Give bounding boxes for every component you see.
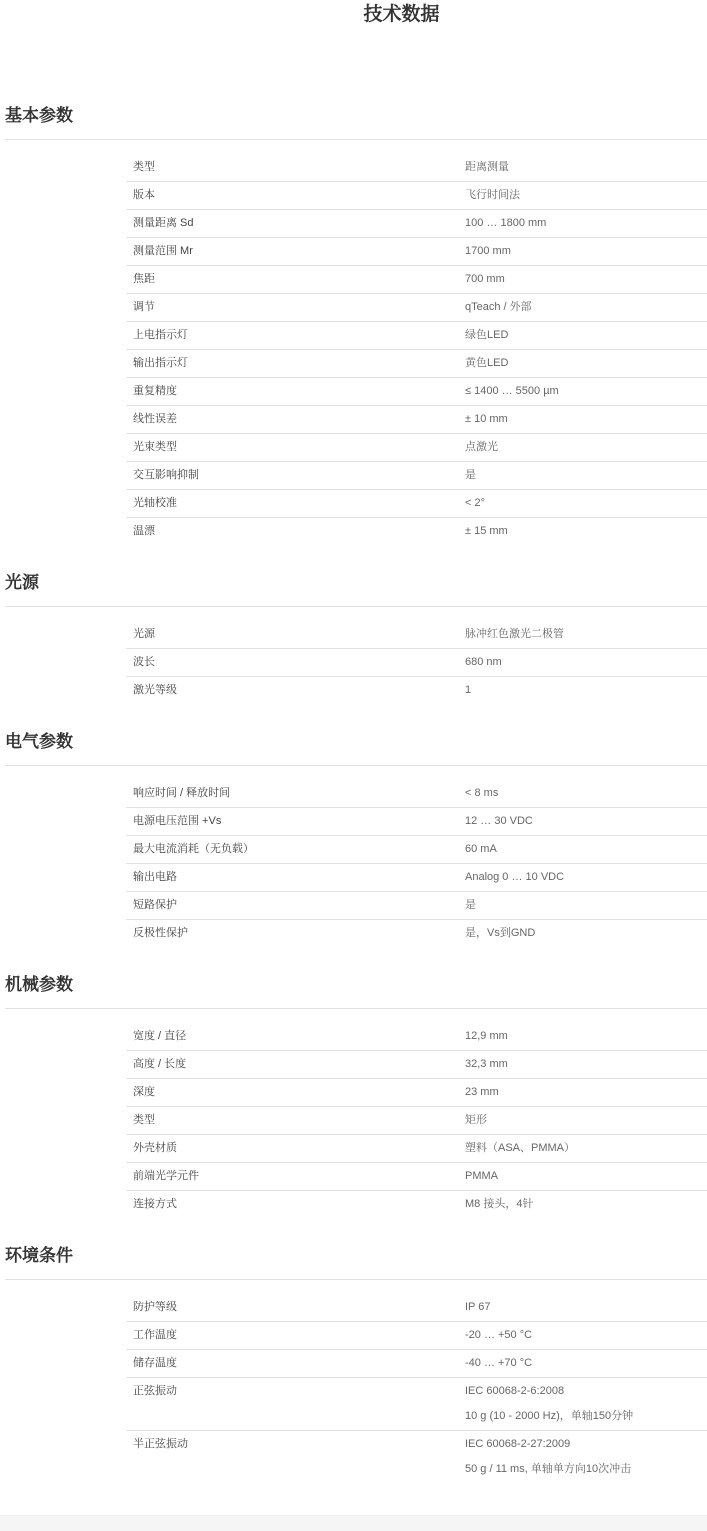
spec-value: 矩形 xyxy=(459,1107,707,1134)
spec-label: 高度 / 长度 xyxy=(126,1051,459,1078)
section-divider xyxy=(5,1008,707,1009)
section-divider xyxy=(5,606,707,607)
spec-label: 测量距离 Sd xyxy=(126,210,459,237)
spec-value-line: 10 g (10 - 2000 Hz)，单轴150分钟 xyxy=(465,1404,707,1429)
spec-row: 上电指示灯绿色LED xyxy=(126,322,707,350)
spec-value: 12,9 mm xyxy=(459,1023,707,1050)
spec-value-line: 50 g / 11 ms, 单轴单方向10次冲击 xyxy=(465,1457,707,1482)
spec-label: 激光等级 xyxy=(126,677,459,704)
spec-label: 类型 xyxy=(126,154,459,181)
spec-value: < 8 ms xyxy=(459,780,707,807)
spec-value: -20 … +50 °C xyxy=(459,1322,707,1349)
spec-label: 半正弦振动 xyxy=(126,1431,459,1483)
spec-value: 是 xyxy=(459,892,707,919)
spec-value: IP 67 xyxy=(459,1294,707,1321)
spec-row: 输出指示灯黄色LED xyxy=(126,350,707,378)
spec-row: 输出电路Analog 0 … 10 VDC xyxy=(126,864,707,892)
spec-row: 测量距离 Sd100 … 1800 mm xyxy=(126,210,707,238)
spec-table: 光源脉冲红色激光二极管 波长680 nm 激光等级1 xyxy=(126,621,707,704)
spec-value: ± 15 mm xyxy=(459,518,707,545)
section-divider xyxy=(5,1279,707,1280)
spec-row: 版本飞行时间法 xyxy=(126,182,707,210)
spec-row: 深度23 mm xyxy=(126,1079,707,1107)
spec-label: 光束类型 xyxy=(126,434,459,461)
spec-row: 测量范围 Mr1700 mm xyxy=(126,238,707,266)
spec-label: 连接方式 xyxy=(126,1191,459,1218)
spec-row: 焦距700 mm xyxy=(126,266,707,294)
spec-label: 类型 xyxy=(126,1107,459,1134)
spec-value: 1700 mm xyxy=(459,238,707,265)
spec-row: 连接方式M8 接头，4针 xyxy=(126,1191,707,1218)
section-title: 电气参数 xyxy=(0,730,707,754)
spec-label: 电源电压范围 +Vs xyxy=(126,808,459,835)
section-divider xyxy=(5,765,707,766)
spec-label: 反极性保护 xyxy=(126,920,459,947)
section-environmental-conditions: 环境条件 防护等级IP 67 工作温度-20 … +50 °C 储存温度-40 … xyxy=(0,1244,707,1483)
spec-value: 飞行时间法 xyxy=(459,182,707,209)
spec-label: 波长 xyxy=(126,649,459,676)
section-title: 基本参数 xyxy=(0,104,707,128)
section-electrical-params: 电气参数 响应时间 / 释放时间< 8 ms 电源电压范围 +Vs12 … 30… xyxy=(0,730,707,947)
spec-row: 线性误差± 10 mm xyxy=(126,406,707,434)
section-light-source: 光源 光源脉冲红色激光二极管 波长680 nm 激光等级1 xyxy=(0,571,707,704)
spec-value: 绿色LED xyxy=(459,322,707,349)
spec-row: 前端光学元件PMMA xyxy=(126,1163,707,1191)
spec-value: ± 10 mm xyxy=(459,406,707,433)
spec-value: 是，Vs到GND xyxy=(459,920,707,947)
spec-value: 点激光 xyxy=(459,434,707,461)
spec-value: 距离测量 xyxy=(459,154,707,181)
spec-label: 宽度 / 直径 xyxy=(126,1023,459,1050)
spec-value: 32,3 mm xyxy=(459,1051,707,1078)
spec-label: 焦距 xyxy=(126,266,459,293)
spec-row: 半正弦振动 IEC 60068-2-27:2009 50 g / 11 ms, … xyxy=(126,1431,707,1483)
spec-row: 类型矩形 xyxy=(126,1107,707,1135)
spec-value-line: IEC 60068-2-6:2008 xyxy=(465,1379,707,1404)
spec-value: 23 mm xyxy=(459,1079,707,1106)
spec-row: 类型距离测量 xyxy=(126,154,707,182)
spec-value-line: IEC 60068-2-27:2009 xyxy=(465,1432,707,1457)
spec-label: 版本 xyxy=(126,182,459,209)
spec-value: 塑料（ASA、PMMA） xyxy=(459,1135,707,1162)
spec-label: 温漂 xyxy=(126,518,459,545)
spec-value: IEC 60068-2-27:2009 50 g / 11 ms, 单轴单方向1… xyxy=(459,1431,707,1483)
spec-row: 储存温度-40 … +70 °C xyxy=(126,1350,707,1378)
spec-label: 最大电流消耗（无负载） xyxy=(126,836,459,863)
spec-row: 重复精度≤ 1400 … 5500 µm xyxy=(126,378,707,406)
spec-value: 680 nm xyxy=(459,649,707,676)
spec-row: 光束类型点激光 xyxy=(126,434,707,462)
spec-label: 测量范围 Mr xyxy=(126,238,459,265)
spec-row: 响应时间 / 释放时间< 8 ms xyxy=(126,780,707,808)
spec-label: 光轴校准 xyxy=(126,490,459,517)
spec-label: 储存温度 xyxy=(126,1350,459,1377)
spec-label: 光源 xyxy=(126,621,459,648)
spec-label: 输出指示灯 xyxy=(126,350,459,377)
spec-row: 高度 / 长度32,3 mm xyxy=(126,1051,707,1079)
spec-row: 调节qTeach / 外部 xyxy=(126,294,707,322)
spec-value: 60 mA xyxy=(459,836,707,863)
spec-label: 输出电路 xyxy=(126,864,459,891)
spec-value: IEC 60068-2-6:2008 10 g (10 - 2000 Hz)，单… xyxy=(459,1378,707,1430)
section-title: 机械参数 xyxy=(0,973,707,997)
section-basic-params: 基本参数 类型距离测量 版本飞行时间法 测量距离 Sd100 … 1800 mm… xyxy=(0,104,707,545)
spec-label: 响应时间 / 释放时间 xyxy=(126,780,459,807)
spec-value: 12 … 30 VDC xyxy=(459,808,707,835)
spec-row: 波长680 nm xyxy=(126,649,707,677)
spec-label: 深度 xyxy=(126,1079,459,1106)
spec-row: 交互影响抑制是 xyxy=(126,462,707,490)
spec-label: 前端光学元件 xyxy=(126,1163,459,1190)
spec-value: 是 xyxy=(459,462,707,489)
spec-row: 温漂± 15 mm xyxy=(126,518,707,545)
spec-table: 宽度 / 直径12,9 mm 高度 / 长度32,3 mm 深度23 mm 类型… xyxy=(126,1023,707,1218)
spec-label: 工作温度 xyxy=(126,1322,459,1349)
spec-row: 宽度 / 直径12,9 mm xyxy=(126,1023,707,1051)
spec-table: 响应时间 / 释放时间< 8 ms 电源电压范围 +Vs12 … 30 VDC … xyxy=(126,780,707,947)
section-mechanical-params: 机械参数 宽度 / 直径12,9 mm 高度 / 长度32,3 mm 深度23 … xyxy=(0,973,707,1218)
spec-label: 短路保护 xyxy=(126,892,459,919)
spec-value: Analog 0 … 10 VDC xyxy=(459,864,707,891)
spec-label: 防护等级 xyxy=(126,1294,459,1321)
spec-value: 100 … 1800 mm xyxy=(459,210,707,237)
spec-value: 700 mm xyxy=(459,266,707,293)
spec-value: PMMA xyxy=(459,1163,707,1190)
spec-value: 1 xyxy=(459,677,707,704)
spec-row: 短路保护是 xyxy=(126,892,707,920)
spec-label: 外壳材质 xyxy=(126,1135,459,1162)
spec-row: 外壳材质塑料（ASA、PMMA） xyxy=(126,1135,707,1163)
spec-value: 黄色LED xyxy=(459,350,707,377)
spec-value: M8 接头，4针 xyxy=(459,1191,707,1218)
spec-row: 激光等级1 xyxy=(126,677,707,704)
section-title: 光源 xyxy=(0,571,707,595)
spec-value: 脉冲红色激光二极管 xyxy=(459,621,707,648)
spec-row: 防护等级IP 67 xyxy=(126,1294,707,1322)
spec-row: 最大电流消耗（无负载）60 mA xyxy=(126,836,707,864)
spec-label: 重复精度 xyxy=(126,378,459,405)
footer-bar xyxy=(0,1515,707,1531)
section-title: 环境条件 xyxy=(0,1244,707,1268)
spec-label: 上电指示灯 xyxy=(126,322,459,349)
spec-row: 电源电压范围 +Vs12 … 30 VDC xyxy=(126,808,707,836)
spec-label: 交互影响抑制 xyxy=(126,462,459,489)
spec-label: 正弦振动 xyxy=(126,1378,459,1430)
page-title: 技术数据 xyxy=(96,0,707,31)
spec-label: 调节 xyxy=(126,294,459,321)
tech-data-content: 基本参数 类型距离测量 版本飞行时间法 测量距离 Sd100 … 1800 mm… xyxy=(0,31,707,1483)
spec-row: 光源脉冲红色激光二极管 xyxy=(126,621,707,649)
spec-value: ≤ 1400 … 5500 µm xyxy=(459,378,707,405)
spec-row: 反极性保护是，Vs到GND xyxy=(126,920,707,947)
section-divider xyxy=(5,139,707,140)
spec-value: qTeach / 外部 xyxy=(459,294,707,321)
spec-value: < 2° xyxy=(459,490,707,517)
spec-row: 正弦振动 IEC 60068-2-6:2008 10 g (10 - 2000 … xyxy=(126,1378,707,1431)
spec-row: 光轴校准< 2° xyxy=(126,490,707,518)
spec-label: 线性误差 xyxy=(126,406,459,433)
spec-table: 类型距离测量 版本飞行时间法 测量距离 Sd100 … 1800 mm 测量范围… xyxy=(126,154,707,545)
spec-row: 工作温度-20 … +50 °C xyxy=(126,1322,707,1350)
spec-table: 防护等级IP 67 工作温度-20 … +50 °C 储存温度-40 … +70… xyxy=(126,1294,707,1483)
spec-value: -40 … +70 °C xyxy=(459,1350,707,1377)
